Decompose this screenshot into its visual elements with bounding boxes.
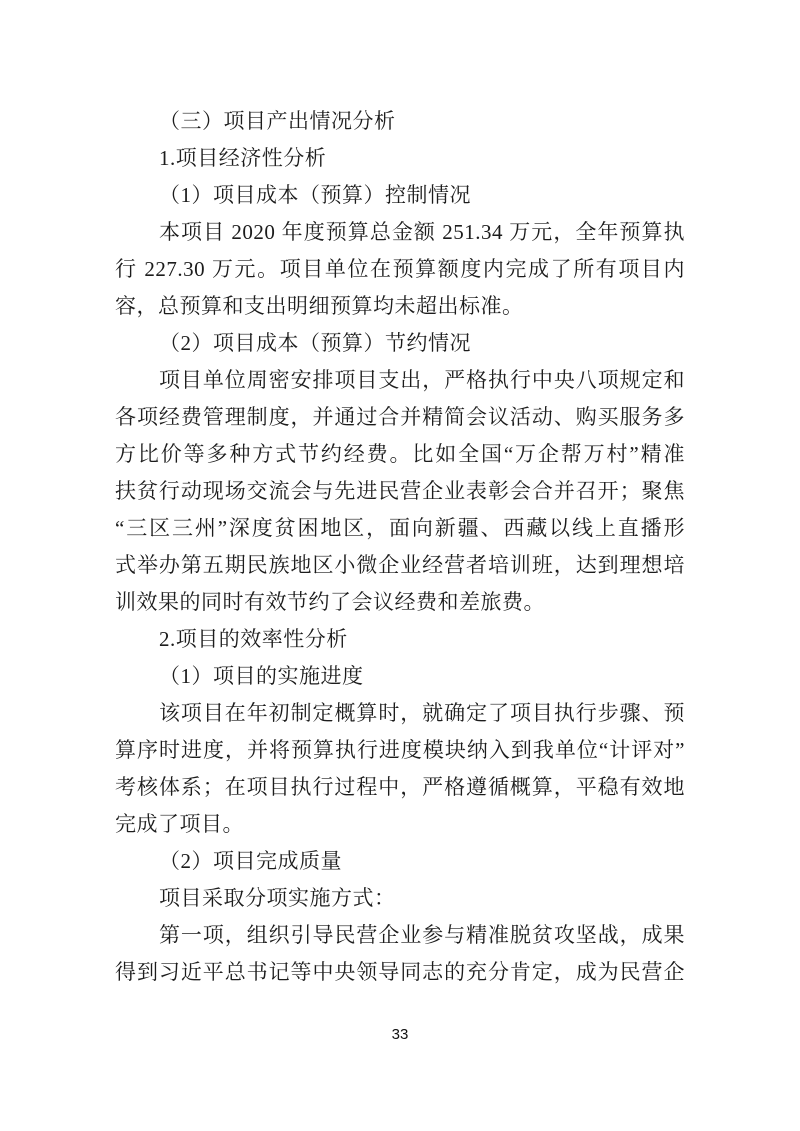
body-text-line: 容，总预算和支出明细预算均未超出标准。 — [115, 288, 685, 325]
heading-output-analysis: （三）项目产出情况分析 — [115, 103, 685, 140]
body-text-line: 得到习近平总书记等中央领导同志的充分肯定，成为民营企 — [115, 954, 685, 991]
body-text-line: 本项目 2020 年度预算总金额 251.34 万元，全年预算执 — [115, 214, 685, 251]
document-body: （三）项目产出情况分析 1.项目经济性分析 （1）项目成本（预算）控制情况 本项… — [115, 103, 685, 991]
heading-economic-analysis: 1.项目经济性分析 — [115, 140, 685, 177]
heading-implementation-progress: （1）项目的实施进度 — [115, 658, 685, 695]
body-text-line: 考核体系；在项目执行过程中，严格遵循概算，平稳有效地 — [115, 769, 685, 806]
body-text-line: “三区三州”深度贫困地区，面向新疆、西藏以线上直播形 — [115, 510, 685, 547]
body-text-line: 算序时进度，并将预算执行进度模块纳入到我单位“计评对” — [115, 732, 685, 769]
body-text-line: 该项目在年初制定概算时，就确定了项目执行步骤、预 — [115, 695, 685, 732]
body-text-line: 完成了项目。 — [115, 806, 685, 843]
body-text-line: 项目采取分项实施方式： — [115, 880, 685, 917]
heading-cost-saving: （2）项目成本（预算）节约情况 — [115, 325, 685, 362]
page: （三）项目产出情况分析 1.项目经济性分析 （1）项目成本（预算）控制情况 本项… — [0, 0, 800, 1131]
heading-efficiency-analysis: 2.项目的效率性分析 — [115, 621, 685, 658]
body-text-line: 扶贫行动现场交流会与先进民营企业表彰会合并召开；聚焦 — [115, 473, 685, 510]
body-text-line: 行 227.30 万元。项目单位在预算额度内完成了所有项目内 — [115, 251, 685, 288]
document-page: { "document": { "lines": [ "（三）项目产出情况分析"… — [0, 0, 800, 1131]
heading-cost-control: （1）项目成本（预算）控制情况 — [115, 177, 685, 214]
page-number: 33 — [0, 1024, 800, 1046]
body-text-line: 第一项，组织引导民营企业参与精准脱贫攻坚战，成果 — [115, 917, 685, 954]
body-text-line: 训效果的同时有效节约了会议经费和差旅费。 — [115, 584, 685, 621]
body-text-line: 方比价等多种方式节约经费。比如全国“万企帮万村”精准 — [115, 436, 685, 473]
body-text-line: 各项经费管理制度，并通过合并精简会议活动、购买服务多 — [115, 399, 685, 436]
body-text-line: 项目单位周密安排项目支出，严格执行中央八项规定和 — [115, 362, 685, 399]
body-text-line: 式举办第五期民族地区小微企业经营者培训班，达到理想培 — [115, 547, 685, 584]
heading-completion-quality: （2）项目完成质量 — [115, 843, 685, 880]
